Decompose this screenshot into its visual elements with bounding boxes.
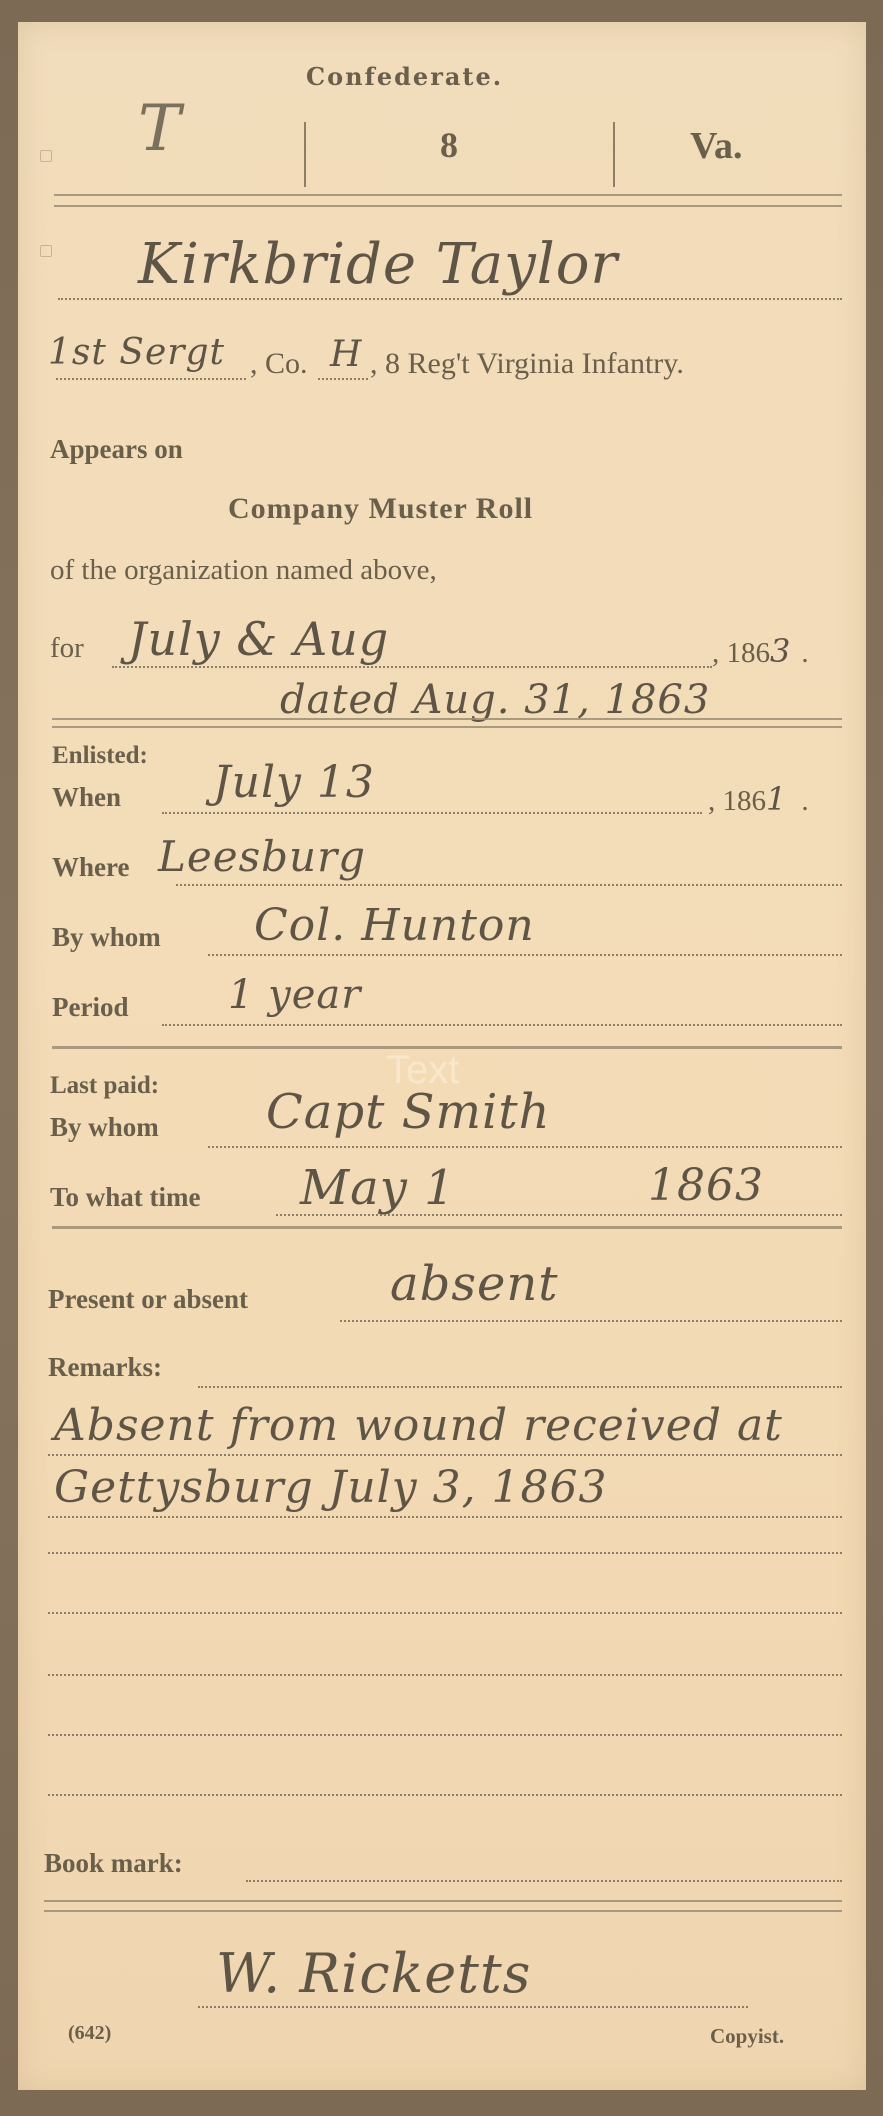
to-what-time-label: To what time [50, 1182, 201, 1213]
enlisted-when-label: When [52, 782, 121, 813]
company-label: , Co. [250, 347, 308, 381]
header-title: Confederate. [306, 62, 503, 91]
dated-note: dated Aug. 31, 1863 [280, 677, 710, 723]
copyist-label: Copyist. [710, 2024, 784, 2049]
header-divider [613, 122, 615, 187]
remarks-rule [48, 1516, 842, 1518]
remarks-label: Remarks: [48, 1352, 162, 1383]
present-or-absent-line [340, 1320, 842, 1322]
punch-hole-mark [40, 245, 52, 257]
enlisted-period-label: Period [52, 992, 128, 1023]
last-paid-by-whom-value: Capt Smith [266, 1084, 551, 1140]
last-paid-by-whom-line [208, 1146, 842, 1148]
section-rule [44, 1910, 842, 1912]
header-initial: T [138, 92, 182, 166]
header-rule [54, 194, 842, 196]
remarks-line-2: Gettysburg July 3, 1863 [54, 1462, 608, 1513]
soldier-company: H [330, 334, 362, 375]
enlisted-where-value: Leesburg [158, 832, 366, 881]
remarks-rule [48, 1612, 842, 1614]
remarks-rule [48, 1734, 842, 1736]
when-year-prefix: , 186 [708, 785, 766, 817]
enlisted-when-value: July 13 [213, 757, 375, 808]
last-paid-by-whom-label: By whom [50, 1112, 159, 1143]
when-year-suffix: . [801, 785, 808, 817]
header-regiment-number: 8 [440, 124, 458, 166]
enlisted-by-whom-line [208, 954, 842, 956]
soldier-rank: 1st Sergt [48, 332, 225, 373]
remarks-rule [48, 1454, 842, 1456]
when-year-digit: 1 [766, 780, 787, 818]
organization-text: of the organization named above, [50, 554, 437, 587]
present-or-absent-label: Present or absent [48, 1284, 248, 1315]
enlisted-where-line [176, 884, 842, 886]
remarks-line-1: Absent from wound received at [54, 1400, 783, 1451]
section-rule [52, 718, 842, 720]
last-paid-heading: Last paid: [50, 1072, 159, 1100]
enlisted-by-whom-label: By whom [52, 922, 161, 953]
section-rule [52, 1226, 842, 1229]
for-label: for [50, 632, 84, 665]
punch-hole-mark [40, 150, 52, 162]
for-year-digit: 3 [770, 632, 791, 670]
form-number: (642) [68, 2022, 111, 2045]
signature-line [198, 2006, 748, 2008]
for-period-line [112, 666, 712, 668]
enlisted-period-value: 1 year [228, 972, 361, 1018]
book-mark-line [246, 1880, 842, 1882]
for-year-prefix: , 186 [712, 637, 770, 669]
roll-type: Company Muster Roll [228, 492, 533, 526]
company-line [318, 378, 368, 380]
appears-on-label: Appears on [50, 434, 183, 465]
enlisted-where-label: Where [52, 852, 129, 883]
header-divider [304, 122, 306, 187]
section-rule [52, 726, 842, 728]
rank-line [56, 378, 246, 380]
book-mark-label: Book mark: [44, 1848, 183, 1879]
header-state: Va. [690, 124, 742, 168]
name-line [58, 298, 842, 300]
unit-name: , 8 Reg't Virginia Infantry. [370, 347, 684, 381]
enlisted-period-line [162, 1024, 842, 1026]
remarks-line [198, 1386, 842, 1388]
to-what-time-value: May 1 [300, 1160, 456, 1216]
present-or-absent-value: absent [390, 1256, 559, 1312]
header-rule [54, 205, 842, 207]
to-what-time-line [276, 1214, 842, 1216]
to-what-time-year: 1863 [648, 1160, 764, 1211]
for-period: July & Aug [128, 612, 389, 666]
enlisted-when-line [162, 812, 702, 814]
muster-card: Confederate. T 8 Va. Kirkbride Taylor 1s… [18, 22, 866, 2090]
remarks-rule [48, 1674, 842, 1676]
remarks-rule [48, 1794, 842, 1796]
for-year-suffix: . [801, 637, 808, 669]
soldier-name: Kirkbride Taylor [138, 232, 618, 297]
remarks-rule [48, 1552, 842, 1554]
section-rule [44, 1900, 842, 1902]
enlisted-by-whom-value: Col. Hunton [254, 900, 535, 951]
copyist-signature: W. Ricketts [216, 1942, 531, 2005]
enlisted-heading: Enlisted: [52, 742, 148, 770]
